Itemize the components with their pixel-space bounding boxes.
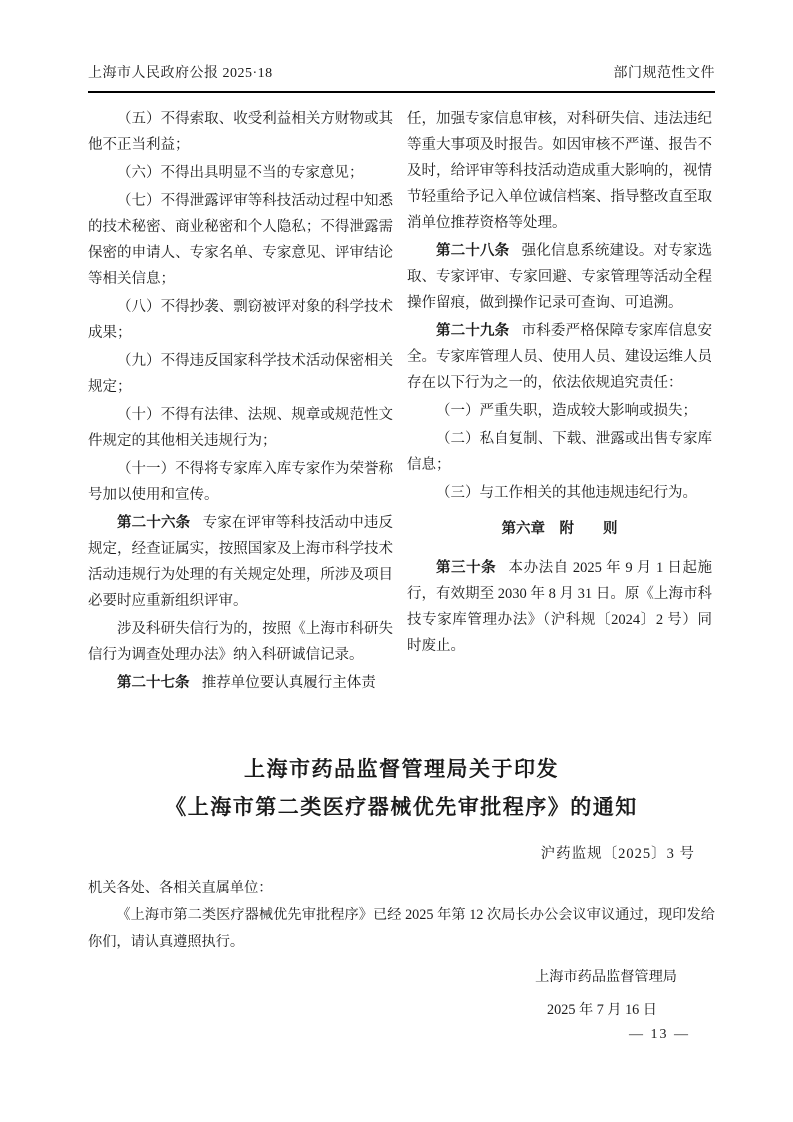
article-paragraph: 任，加强专家信息审核，对科研失信、违法违纪等重大事项及时报告。如因审核不严谨、报… (407, 106, 712, 236)
notice-section: 上海市药品监督管理局关于印发 《上海市第二类医疗器械优先审批程序》的通知 沪药监… (88, 750, 715, 1024)
article-number: 第二十八条 (436, 243, 509, 259)
article-paragraph: 第二十八条强化信息系统建设。对专家选取、专家评审、专家回避、专家管理等活动全程操… (407, 238, 712, 316)
article-paragraph: 第二十六条专家在评审等科技活动中违反规定，经查证属实，按照国家及上海市科学技术活… (88, 510, 393, 614)
article-number: 第二十七条 (117, 675, 190, 691)
article-paragraph: （五）不得索取、收受利益相关方财物或其他不正当利益； (88, 106, 393, 158)
article-paragraph: （三）与工作相关的其他违规违纪行为。 (407, 480, 712, 506)
column-left: （五）不得索取、收受利益相关方财物或其他不正当利益；（六）不得出具明显不当的专家… (88, 106, 393, 698)
notice-title-line1: 上海市药品监督管理局关于印发 (244, 757, 559, 781)
gazette-page: 上海市人民政府公报 2025·18 部门规范性文件 （五）不得索取、收受利益相关… (0, 0, 793, 1122)
article-paragraph: （六）不得出具明显不当的专家意见； (88, 160, 393, 186)
notice-salutation: 机关各处、各相关直属单位： (88, 875, 715, 902)
page-number: — 13 — (629, 1027, 690, 1043)
article-paragraph: （十）不得有法律、法规、规章或规范性文件规定的其他相关违规行为； (88, 402, 393, 454)
article-paragraph: （二）私自复制、下载、泄露或出售专家库信息； (407, 426, 712, 478)
column-right: 任，加强专家信息审核，对科研失信、违法违纪等重大事项及时报告。如因审核不严谨、报… (407, 106, 712, 698)
article-paragraph: （九）不得违反国家科学技术活动保密相关规定； (88, 348, 393, 400)
header-section-label: 部门规范性文件 (614, 62, 716, 82)
notice-title-line2: 《上海市第二类医疗器械优先审批程序》的通知 (165, 795, 638, 819)
article-number: 第二十九条 (436, 323, 509, 339)
notice-body-paragraph: 《上海市第二类医疗器械优先审批程序》已经 2025 年第 12 次局长办公会议审… (88, 902, 715, 956)
article-paragraph: （七）不得泄露评审等科技活动过程中知悉的技术秘密、商业秘密和个人隐私；不得泄露需… (88, 188, 393, 292)
article-paragraph: 涉及科研失信行为的，按照《上海市科研失信行为调查处理办法》纳入科研诚信记录。 (88, 616, 393, 668)
article-paragraph: 第二十七条推荐单位要认真履行主体责 (88, 670, 393, 696)
article-number: 第二十六条 (117, 515, 190, 531)
article-paragraph: 第二十九条市科委严格保障专家库信息安全。专家库管理人员、使用人员、建设运维人员存… (407, 318, 712, 396)
article-paragraph: （一）严重失职，造成较大影响或损失； (407, 398, 712, 424)
header-publication-title: 上海市人民政府公报 2025·18 (88, 62, 273, 82)
chapter-heading: 第六章 附 则 (407, 516, 712, 542)
article-columns: （五）不得索取、收受利益相关方财物或其他不正当利益；（六）不得出具明显不当的专家… (88, 106, 715, 698)
issue-date: 2025 年 7 月 16 日 (88, 997, 715, 1024)
page-header: 上海市人民政府公报 2025·18 部门规范性文件 (88, 62, 715, 93)
issuing-authority-signature: 上海市药品监督管理局 (88, 964, 715, 991)
article-paragraph: 第三十条本办法自 2025 年 9 月 1 日起施行，有效期至 2030 年 8… (407, 555, 712, 659)
article-paragraph: （十一）不得将专家库入库专家作为荣誉称号加以使用和宣传。 (88, 456, 393, 508)
article-paragraph: （八）不得抄袭、剽窃被评对象的科学技术成果； (88, 294, 393, 346)
article-number: 第三十条 (436, 560, 496, 576)
document-number: 沪药监规〔2025〕3 号 (88, 842, 715, 863)
notice-title: 上海市药品监督管理局关于印发 《上海市第二类医疗器械优先审批程序》的通知 (88, 750, 715, 826)
